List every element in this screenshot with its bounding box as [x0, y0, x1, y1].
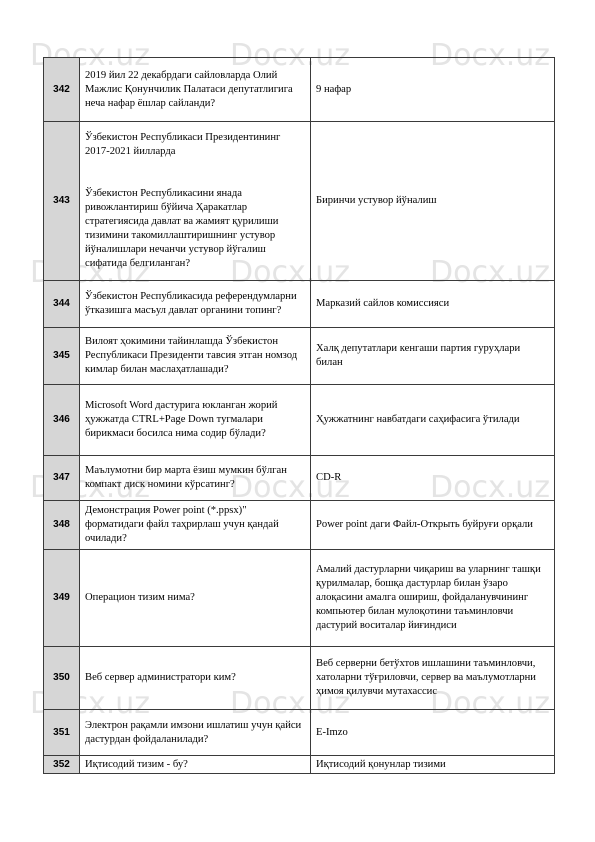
question-number: 343 [44, 122, 80, 281]
question-cell: 2019 йил 22 декабрдаги сайловларда Олий … [80, 58, 311, 122]
question-number: 351 [44, 710, 80, 756]
question-number: 347 [44, 456, 80, 501]
question-text: Операцион тизим нима? [85, 591, 305, 605]
question-text: Microsoft Word дастурига юкланган жорий … [85, 399, 305, 441]
answer-cell: Биринчи устувор йўналиш [311, 122, 555, 281]
question-number: 345 [44, 328, 80, 385]
table-row: 347 Маълумотни бир марта ёзиш мумкин бўл… [44, 456, 555, 501]
question-cell: Электрон рақамли имзони ишлатиш учун қай… [80, 710, 311, 756]
answer-cell: Амалий дастурларни чиқариш ва уларнинг т… [311, 550, 555, 647]
table-row: 348 Демонстрация Power point (*.ppsx)" ф… [44, 501, 555, 550]
table-row: 343 Ўзбекистон Республикаси Президентини… [44, 122, 555, 281]
answer-cell: CD-R [311, 456, 555, 501]
answer-cell: E-Imzo [311, 710, 555, 756]
table-row: 344 Ўзбекистон Республикасида референдум… [44, 281, 555, 328]
question-cell: Иқтисодий тизим - бу? [80, 756, 311, 774]
question-cell: Операцион тизим нима? [80, 550, 311, 647]
question-number: 349 [44, 550, 80, 647]
answer-cell: Power point даги Файл-Открыть буйруғи ор… [311, 501, 555, 550]
answer-cell: Ҳужжатнинг навбатдаги саҳифасига ўтилади [311, 385, 555, 456]
question-cell: Вилоят ҳокимини тайинлашда Ўзбекистон Ре… [80, 328, 311, 385]
question-cell: Microsoft Word дастурига юкланган жорий … [80, 385, 311, 456]
answer-cell: Марказий сайлов комиссияси [311, 281, 555, 328]
question-cell: Демонстрация Power point (*.ppsx)" форма… [80, 501, 311, 550]
question-cell: Ўзбекистон Республикаси Президентининг 2… [80, 122, 311, 281]
table-row: 345 Вилоят ҳокимини тайинлашда Ўзбекисто… [44, 328, 555, 385]
table-row: 346 Microsoft Word дастурига юкланган жо… [44, 385, 555, 456]
answer-cell: Веб серверни бетўхтов ишлашини таъминлов… [311, 647, 555, 710]
question-cell: Ўзбекистон Республикасида референдумларн… [80, 281, 311, 328]
question-cell: Маълумотни бир марта ёзиш мумкин бўлган … [80, 456, 311, 501]
table-row: 342 2019 йил 22 декабрдаги сайловларда О… [44, 58, 555, 122]
answer-cell: 9 нафар [311, 58, 555, 122]
question-text: Ўзбекистон Республикасида референдумларн… [85, 290, 305, 318]
question-number: 352 [44, 756, 80, 774]
question-number: 346 [44, 385, 80, 456]
question-number: 344 [44, 281, 80, 328]
answer-cell: Иқтисодий қонунлар тизими [311, 756, 555, 774]
table-row: 350 Веб сервер администратори ким? Веб с… [44, 647, 555, 710]
question-text: Ўзбекистон Республикаси Президентининг 2… [85, 131, 305, 159]
question-text: Электрон рақамли имзони ишлатиш учун қай… [85, 719, 305, 747]
question-answer-table: 342 2019 йил 22 декабрдаги сайловларда О… [43, 57, 555, 774]
table-row: 349 Операцион тизим нима? Амалий дастурл… [44, 550, 555, 647]
question-text: 2019 йил 22 декабрдаги сайловларда Олий … [85, 69, 305, 111]
question-cell: Веб сервер администратори ким? [80, 647, 311, 710]
question-text: Ўзбекистон Республикасини янада ривожлан… [85, 187, 305, 271]
question-text: Демонстрация Power point (*.ppsx)" форма… [85, 504, 305, 546]
question-number: 350 [44, 647, 80, 710]
question-text: Иқтисодий тизим - бу? [85, 758, 305, 772]
question-text: Веб сервер администратори ким? [85, 671, 305, 685]
answer-cell: Халқ депутатлари кенгаши партия гуруҳлар… [311, 328, 555, 385]
table-row: 351 Электрон рақамли имзони ишлатиш учун… [44, 710, 555, 756]
table-row: 352 Иқтисодий тизим - бу? Иқтисодий қону… [44, 756, 555, 774]
question-number: 342 [44, 58, 80, 122]
question-text: Маълумотни бир марта ёзиш мумкин бўлган … [85, 464, 305, 492]
question-number: 348 [44, 501, 80, 550]
question-text: Вилоят ҳокимини тайинлашда Ўзбекистон Ре… [85, 335, 305, 377]
